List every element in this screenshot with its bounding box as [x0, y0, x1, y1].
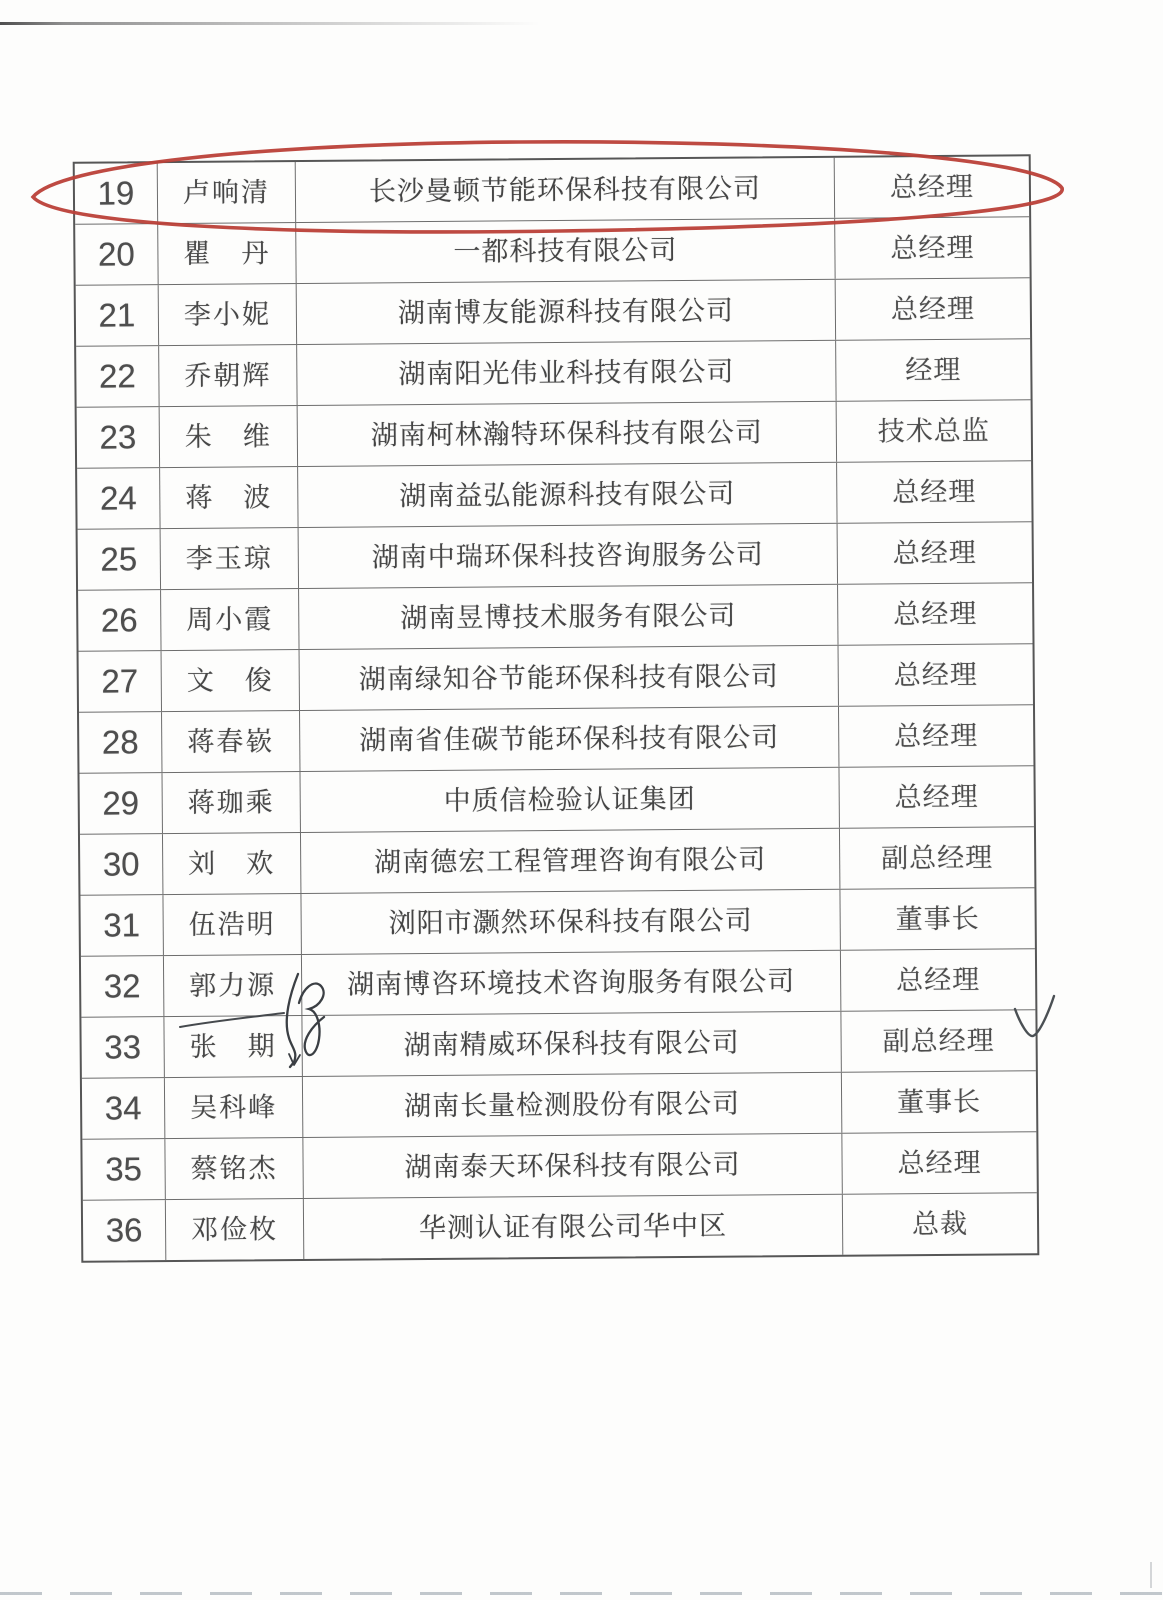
scanned-document-page: 19卢响清长沙曼顿节能环保科技有限公司总经理20瞿 丹一都科技有限公司总经理21… [0, 0, 1163, 1600]
title-cell: 总经理 [838, 583, 1032, 645]
name-cell: 周小霞 [161, 589, 299, 650]
title-cell: 经理 [836, 339, 1030, 401]
name-cell: 吴科峰 [165, 1077, 303, 1138]
name-cell: 蒋珈乘 [162, 772, 300, 833]
name-cell: 张 期 [164, 1016, 302, 1077]
row-number-cell: 36 [83, 1200, 166, 1261]
company-cell: 华测认证有限公司华中区 [304, 1195, 843, 1259]
row-number-cell: 25 [78, 529, 161, 590]
title-cell: 总经理 [841, 949, 1035, 1011]
name-cell: 乔朝辉 [159, 345, 297, 406]
title-cell: 技术总监 [837, 400, 1031, 462]
table-row: 20瞿 丹一都科技有限公司总经理 [75, 217, 1029, 285]
name-cell: 郭力源 [164, 955, 302, 1016]
row-number-cell: 30 [80, 834, 163, 895]
table-row: 25李玉琼湖南中瑞环保科技咨询服务公司总经理 [78, 522, 1032, 590]
title-cell: 总经理 [837, 461, 1031, 523]
company-cell: 长沙曼顿节能环保科技有限公司 [296, 158, 835, 222]
name-cell: 文 俊 [162, 650, 300, 711]
table-row: 26周小霞湖南昱博技术服务有限公司总经理 [78, 583, 1032, 651]
table-row: 32郭力源湖南博咨环境技术咨询服务有限公司总经理 [81, 949, 1035, 1017]
row-number-cell: 29 [79, 773, 162, 834]
title-cell: 总经理 [839, 766, 1033, 828]
row-number-cell: 28 [79, 712, 162, 773]
row-number-cell: 26 [78, 590, 161, 651]
attendee-table-body: 19卢响清长沙曼顿节能环保科技有限公司总经理20瞿 丹一都科技有限公司总经理21… [75, 156, 1038, 1260]
row-number-cell: 35 [82, 1139, 165, 1200]
name-cell: 蔡铭杰 [165, 1138, 303, 1199]
table-row: 36邓俭枚华测认证有限公司华中区总裁 [83, 1193, 1037, 1260]
row-number-cell: 32 [81, 956, 164, 1017]
name-cell: 蒋春嵚 [162, 711, 300, 772]
name-cell: 邓俭枚 [166, 1199, 304, 1260]
scan-artifact-right [1150, 1562, 1152, 1588]
row-number-cell: 24 [77, 468, 160, 529]
row-number-cell: 21 [76, 285, 159, 346]
row-number-cell: 33 [81, 1017, 164, 1078]
table-row: 30刘 欢湖南德宏工程管理咨询有限公司副总经理 [80, 827, 1034, 895]
title-cell: 总经理 [838, 522, 1032, 584]
company-cell: 湖南绿知谷节能环保科技有限公司 [300, 646, 839, 710]
name-cell: 李玉琼 [161, 528, 299, 589]
name-cell: 伍浩明 [163, 894, 301, 955]
title-cell: 董事长 [842, 1071, 1036, 1133]
name-cell: 朱 维 [160, 406, 298, 467]
company-cell: 湖南长量检测股份有限公司 [303, 1073, 842, 1137]
row-number-cell: 23 [77, 407, 160, 468]
name-cell: 蒋 波 [160, 467, 298, 528]
table-row: 27文 俊湖南绿知谷节能环保科技有限公司总经理 [79, 644, 1033, 712]
table-row: 21李小妮湖南博友能源科技有限公司总经理 [76, 278, 1030, 346]
table-row: 31伍浩明浏阳市灏然环保科技有限公司董事长 [80, 888, 1034, 956]
table-row: 19卢响清长沙曼顿节能环保科技有限公司总经理 [75, 156, 1029, 224]
title-cell: 董事长 [840, 888, 1034, 950]
title-cell: 总经理 [842, 1132, 1036, 1194]
company-cell: 浏阳市灏然环保科技有限公司 [301, 890, 840, 954]
title-cell: 副总经理 [840, 827, 1034, 889]
company-cell: 湖南精威环保科技有限公司 [302, 1012, 841, 1076]
table-row: 23朱 维湖南柯林瀚特环保科技有限公司技术总监 [77, 400, 1031, 468]
table-row: 22乔朝辉湖南阳光伟业科技有限公司经理 [76, 339, 1030, 407]
company-cell: 湖南中瑞环保科技咨询服务公司 [299, 524, 838, 588]
row-number-cell: 27 [79, 651, 162, 712]
company-cell: 湖南阳光伟业科技有限公司 [297, 341, 836, 405]
name-cell: 李小妮 [159, 284, 297, 345]
title-cell: 总经理 [835, 156, 1029, 218]
title-cell: 总裁 [843, 1193, 1037, 1255]
company-cell: 湖南昱博技术服务有限公司 [299, 585, 838, 649]
company-cell: 湖南博友能源科技有限公司 [297, 280, 836, 344]
row-number-cell: 22 [76, 346, 159, 407]
name-cell: 卢响清 [158, 162, 296, 223]
company-cell: 湖南博咨环境技术咨询服务有限公司 [302, 951, 841, 1015]
row-number-cell: 19 [75, 163, 158, 224]
table-row: 35蔡铭杰湖南泰天环保科技有限公司总经理 [82, 1132, 1036, 1200]
attendee-table: 19卢响清长沙曼顿节能环保科技有限公司总经理20瞿 丹一都科技有限公司总经理21… [73, 154, 1040, 1262]
row-number-cell: 34 [82, 1078, 165, 1139]
company-cell: 中质信检验认证集团 [300, 768, 839, 832]
table-row: 28蒋春嵚湖南省佳碳节能环保科技有限公司总经理 [79, 705, 1033, 773]
company-cell: 湖南柯林瀚特环保科技有限公司 [298, 402, 837, 466]
company-cell: 湖南德宏工程管理咨询有限公司 [301, 829, 840, 893]
company-cell: 湖南省佳碳节能环保科技有限公司 [300, 707, 839, 771]
name-cell: 瞿 丹 [158, 223, 296, 284]
title-cell: 总经理 [835, 217, 1029, 279]
table-row: 34吴科峰湖南长量检测股份有限公司董事长 [82, 1071, 1036, 1139]
scan-artifact-top [0, 22, 540, 25]
title-cell: 总经理 [839, 644, 1033, 706]
row-number-cell: 20 [75, 224, 158, 285]
title-cell: 总经理 [836, 278, 1030, 340]
title-cell: 总经理 [839, 705, 1033, 767]
row-number-cell: 31 [80, 895, 163, 956]
name-cell: 刘 欢 [163, 833, 301, 894]
table-row: 24蒋 波湖南益弘能源科技有限公司总经理 [77, 461, 1031, 529]
table-row: 29蒋珈乘中质信检验认证集团总经理 [79, 766, 1033, 834]
scan-artifact-bottom [0, 1592, 1163, 1595]
company-cell: 湖南益弘能源科技有限公司 [298, 463, 837, 527]
title-cell: 副总经理 [841, 1010, 1035, 1072]
table-row: 33张 期湖南精威环保科技有限公司副总经理 [81, 1010, 1035, 1078]
company-cell: 一都科技有限公司 [296, 219, 835, 283]
company-cell: 湖南泰天环保科技有限公司 [303, 1134, 842, 1198]
